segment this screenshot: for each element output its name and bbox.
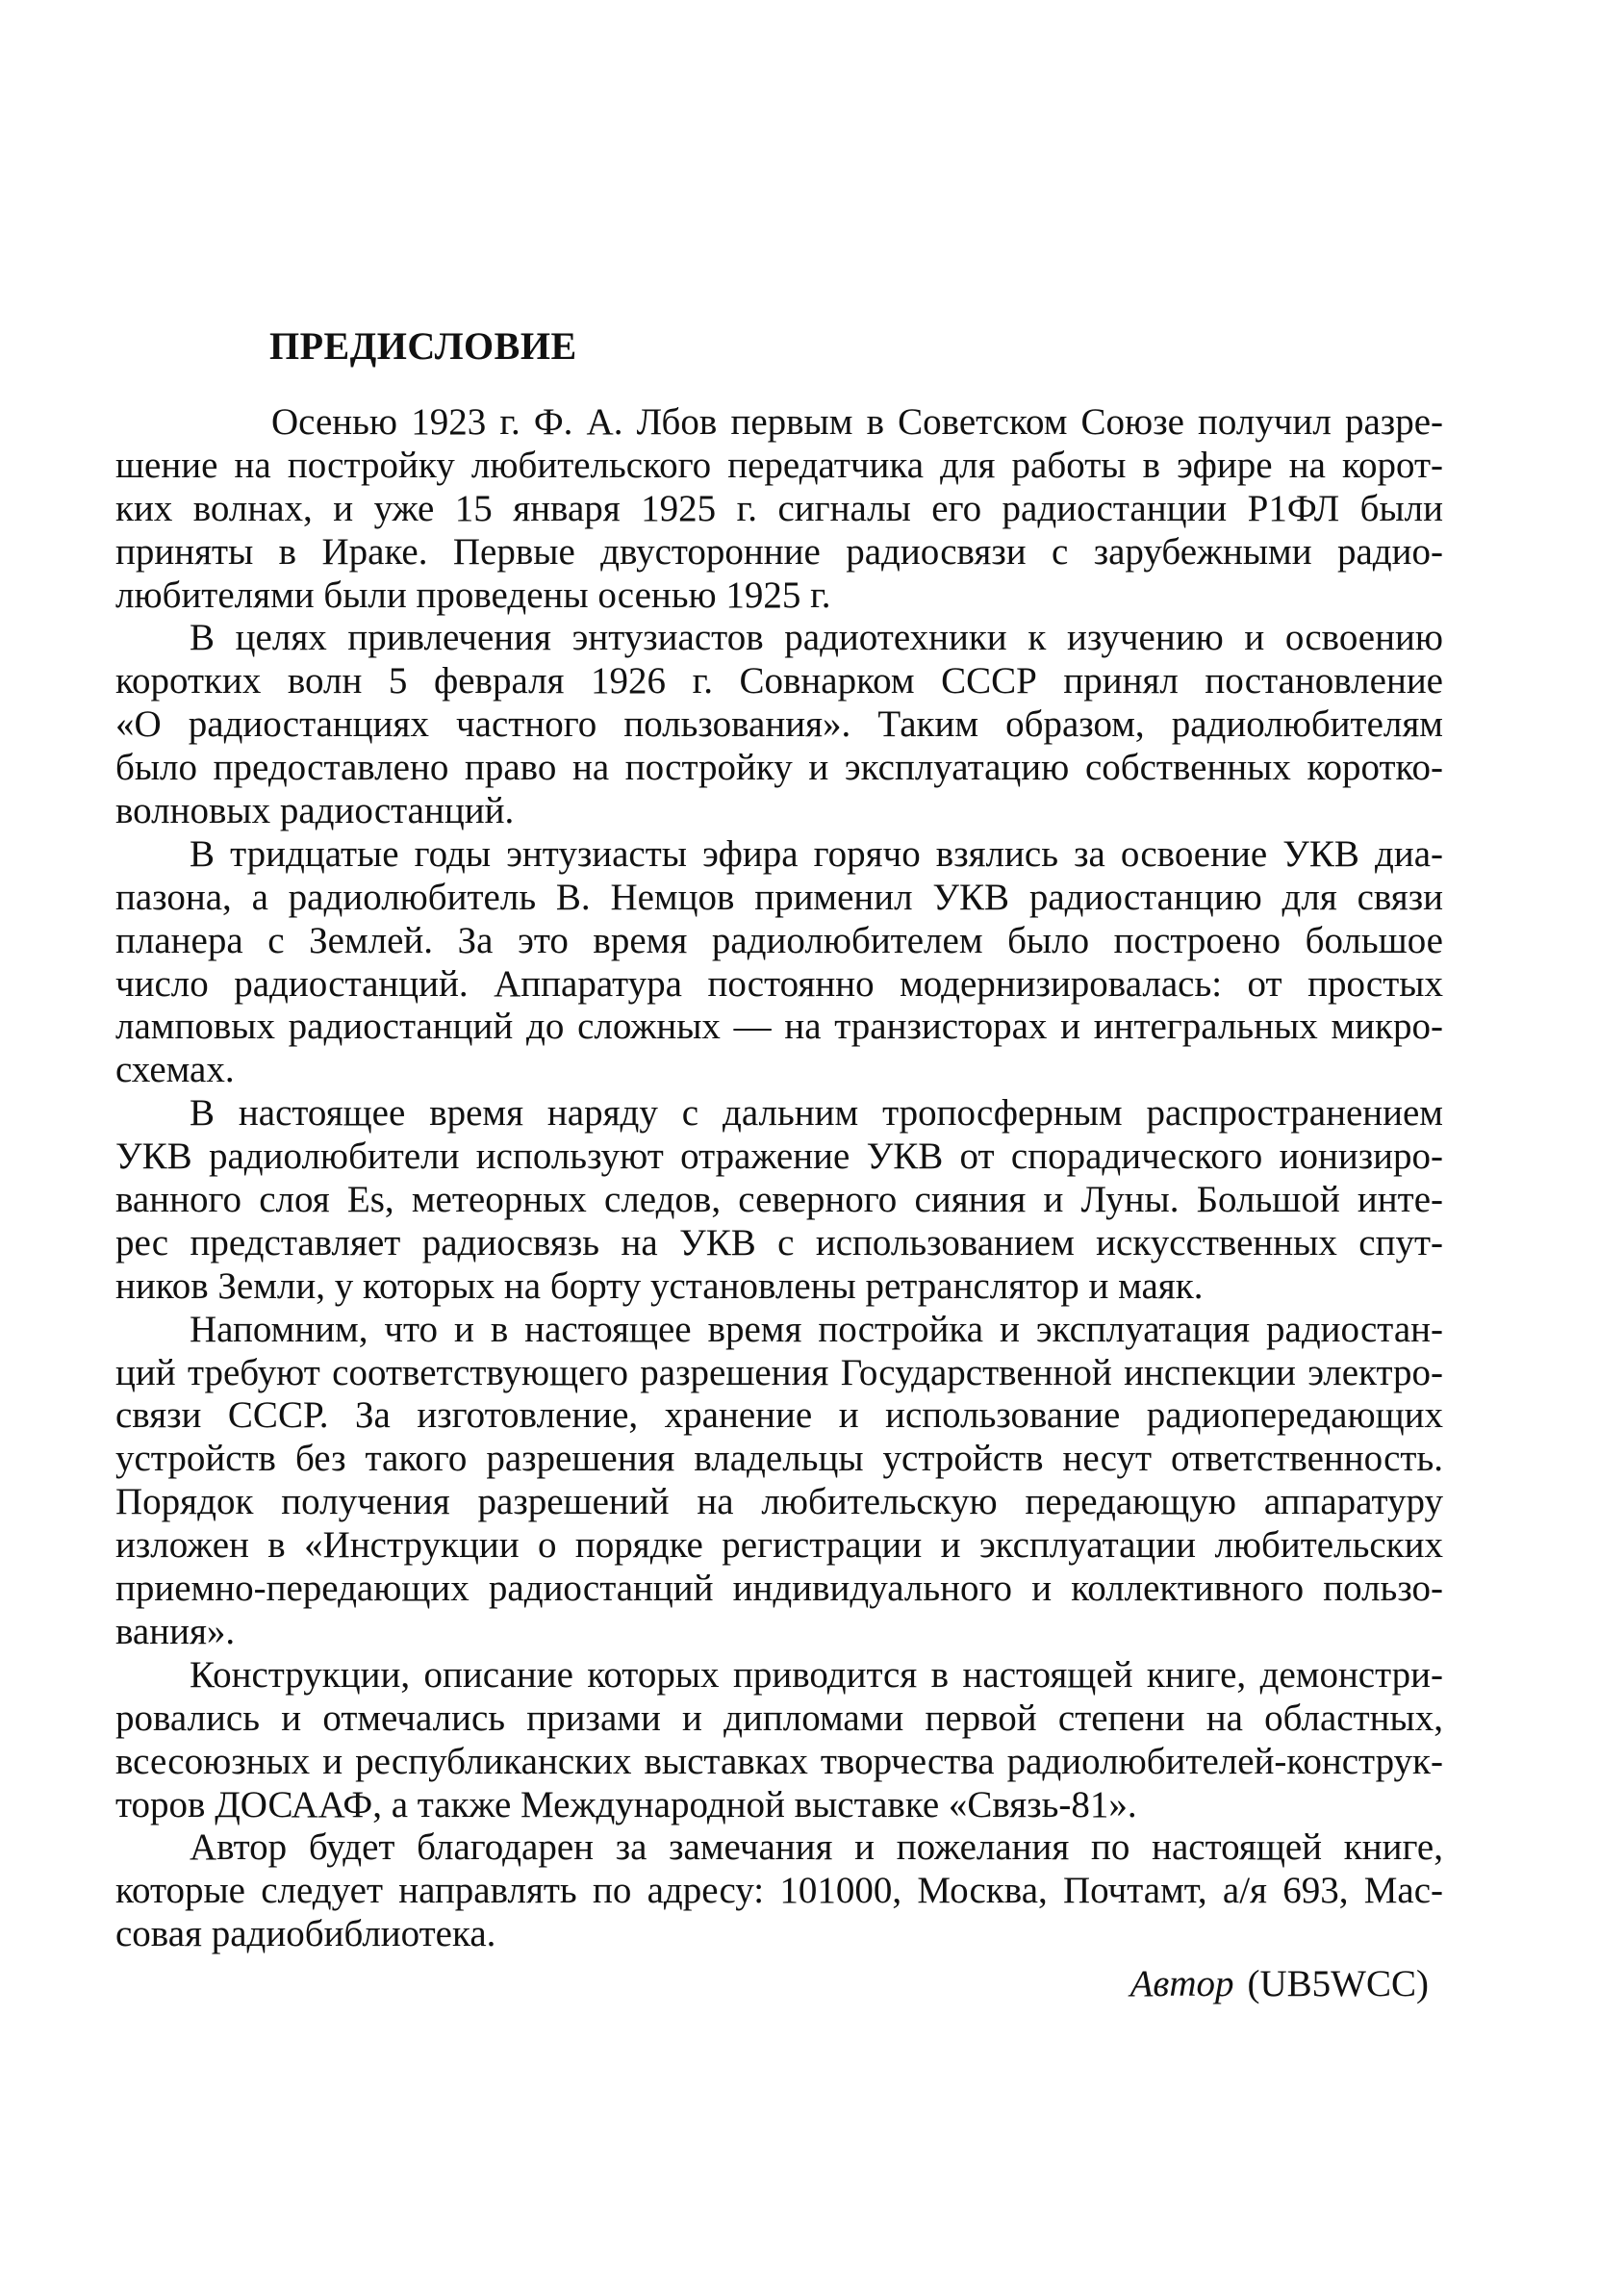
- paragraph-3: В тридцатые годы энтузиасты эфира горячо…: [115, 833, 1443, 1092]
- text-line: ций требуют соответствующего разрешения …: [115, 1352, 1443, 1395]
- text-line: В настоящее время наряду с дальним тропо…: [115, 1092, 1443, 1136]
- text-line: ровались и отмечались призами и дипломам…: [115, 1698, 1443, 1741]
- text-line: УКВ радиолюбители используют отражение У…: [115, 1136, 1443, 1179]
- text-line: любителями были проведены осенью 1925 г.: [115, 574, 1443, 618]
- text-line: волновых радиостанций.: [115, 790, 1443, 833]
- paragraph-4: В настоящее время наряду с дальним тропо…: [115, 1092, 1443, 1308]
- text-line: всесоюзных и республиканских выставках т…: [115, 1741, 1443, 1784]
- text-line: Автор будет благодарен за замечания и по…: [115, 1826, 1443, 1870]
- text-line: схемах.: [115, 1049, 1443, 1092]
- text-line: связи СССР. За изготовление, хранение и …: [115, 1394, 1443, 1438]
- text-line: Напомним, что и в настоящее время постро…: [115, 1309, 1443, 1352]
- author-callsign: (UB5WCC): [1248, 1963, 1430, 2004]
- text-line: торов ДОСААФ, а также Международной выст…: [115, 1784, 1443, 1827]
- text-line: приняты в Ираке. Первые двусторонние рад…: [115, 531, 1443, 574]
- text-line: совая радиобиблиотека.: [115, 1913, 1443, 1956]
- text-line: пазона, а радиолюбитель В. Немцов примен…: [115, 877, 1443, 920]
- paragraph-7: Автор будет благодарен за замечания и по…: [115, 1826, 1443, 1956]
- page-title: ПРЕДИСЛОВИЕ: [269, 323, 577, 370]
- text-line: шение на постройку любительского передат…: [115, 445, 1443, 488]
- text-line: вания».: [115, 1611, 1443, 1654]
- text-line: В целях привлечения энтузиастов радиотех…: [115, 617, 1443, 660]
- text-line: число радиостанций. Аппаратура постоянно…: [115, 963, 1443, 1007]
- text-line: Осенью 1923 г. Ф. А. Лбов первым в Совет…: [115, 401, 1443, 445]
- text-line: рес представляет радиосвязь на УКВ с исп…: [115, 1222, 1443, 1265]
- text-line: планера с Землей. За это время радиолюби…: [115, 920, 1443, 963]
- text-line: изложен в «Инструкции о порядке регистра…: [115, 1524, 1443, 1568]
- paragraph-5: Напомним, что и в настоящее время постро…: [115, 1309, 1443, 1654]
- paragraph-1: Осенью 1923 г. Ф. А. Лбов первым в Совет…: [115, 401, 1443, 617]
- text-line: коротких волн 5 февраля 1926 г. Совнарко…: [115, 660, 1443, 703]
- preface-body: Осенью 1923 г. Ф. А. Лбов первым в Совет…: [115, 401, 1443, 1956]
- document-page: ПРЕДИСЛОВИЕ Осенью 1923 г. Ф. А. Лбов пе…: [0, 0, 1624, 2272]
- text-line: приемно-передающих радиостанций индивиду…: [115, 1568, 1443, 1611]
- text-line: устройств без такого разрешения владельц…: [115, 1438, 1443, 1481]
- text-line: которые следует направлять по адресу: 10…: [115, 1870, 1443, 1913]
- paragraph-2: В целях привлечения энтузиастов радиотех…: [115, 617, 1443, 832]
- paragraph-6: Конструкции, описание которых приводится…: [115, 1654, 1443, 1827]
- text-line: В тридцатые годы энтузиасты эфира горячо…: [115, 833, 1443, 877]
- text-line: ников Земли, у которых на борту установл…: [115, 1265, 1443, 1309]
- text-line: Конструкции, описание которых приводится…: [115, 1654, 1443, 1698]
- text-line: «О радиостанциях частного пользования». …: [115, 703, 1443, 747]
- text-line: Порядок получения разрешений на любитель…: [115, 1481, 1443, 1524]
- text-line: было предоставлено право на постройку и …: [115, 747, 1443, 790]
- text-line: ких волнах, и уже 15 января 1925 г. сигн…: [115, 488, 1443, 531]
- text-line: ванного слоя Es, метеорных следов, север…: [115, 1179, 1443, 1222]
- author-signature: Автор(UB5WCC): [1130, 1961, 1429, 2007]
- author-role: Автор: [1130, 1963, 1234, 2004]
- text-line: ламповых радиостанций до сложных — на тр…: [115, 1006, 1443, 1049]
